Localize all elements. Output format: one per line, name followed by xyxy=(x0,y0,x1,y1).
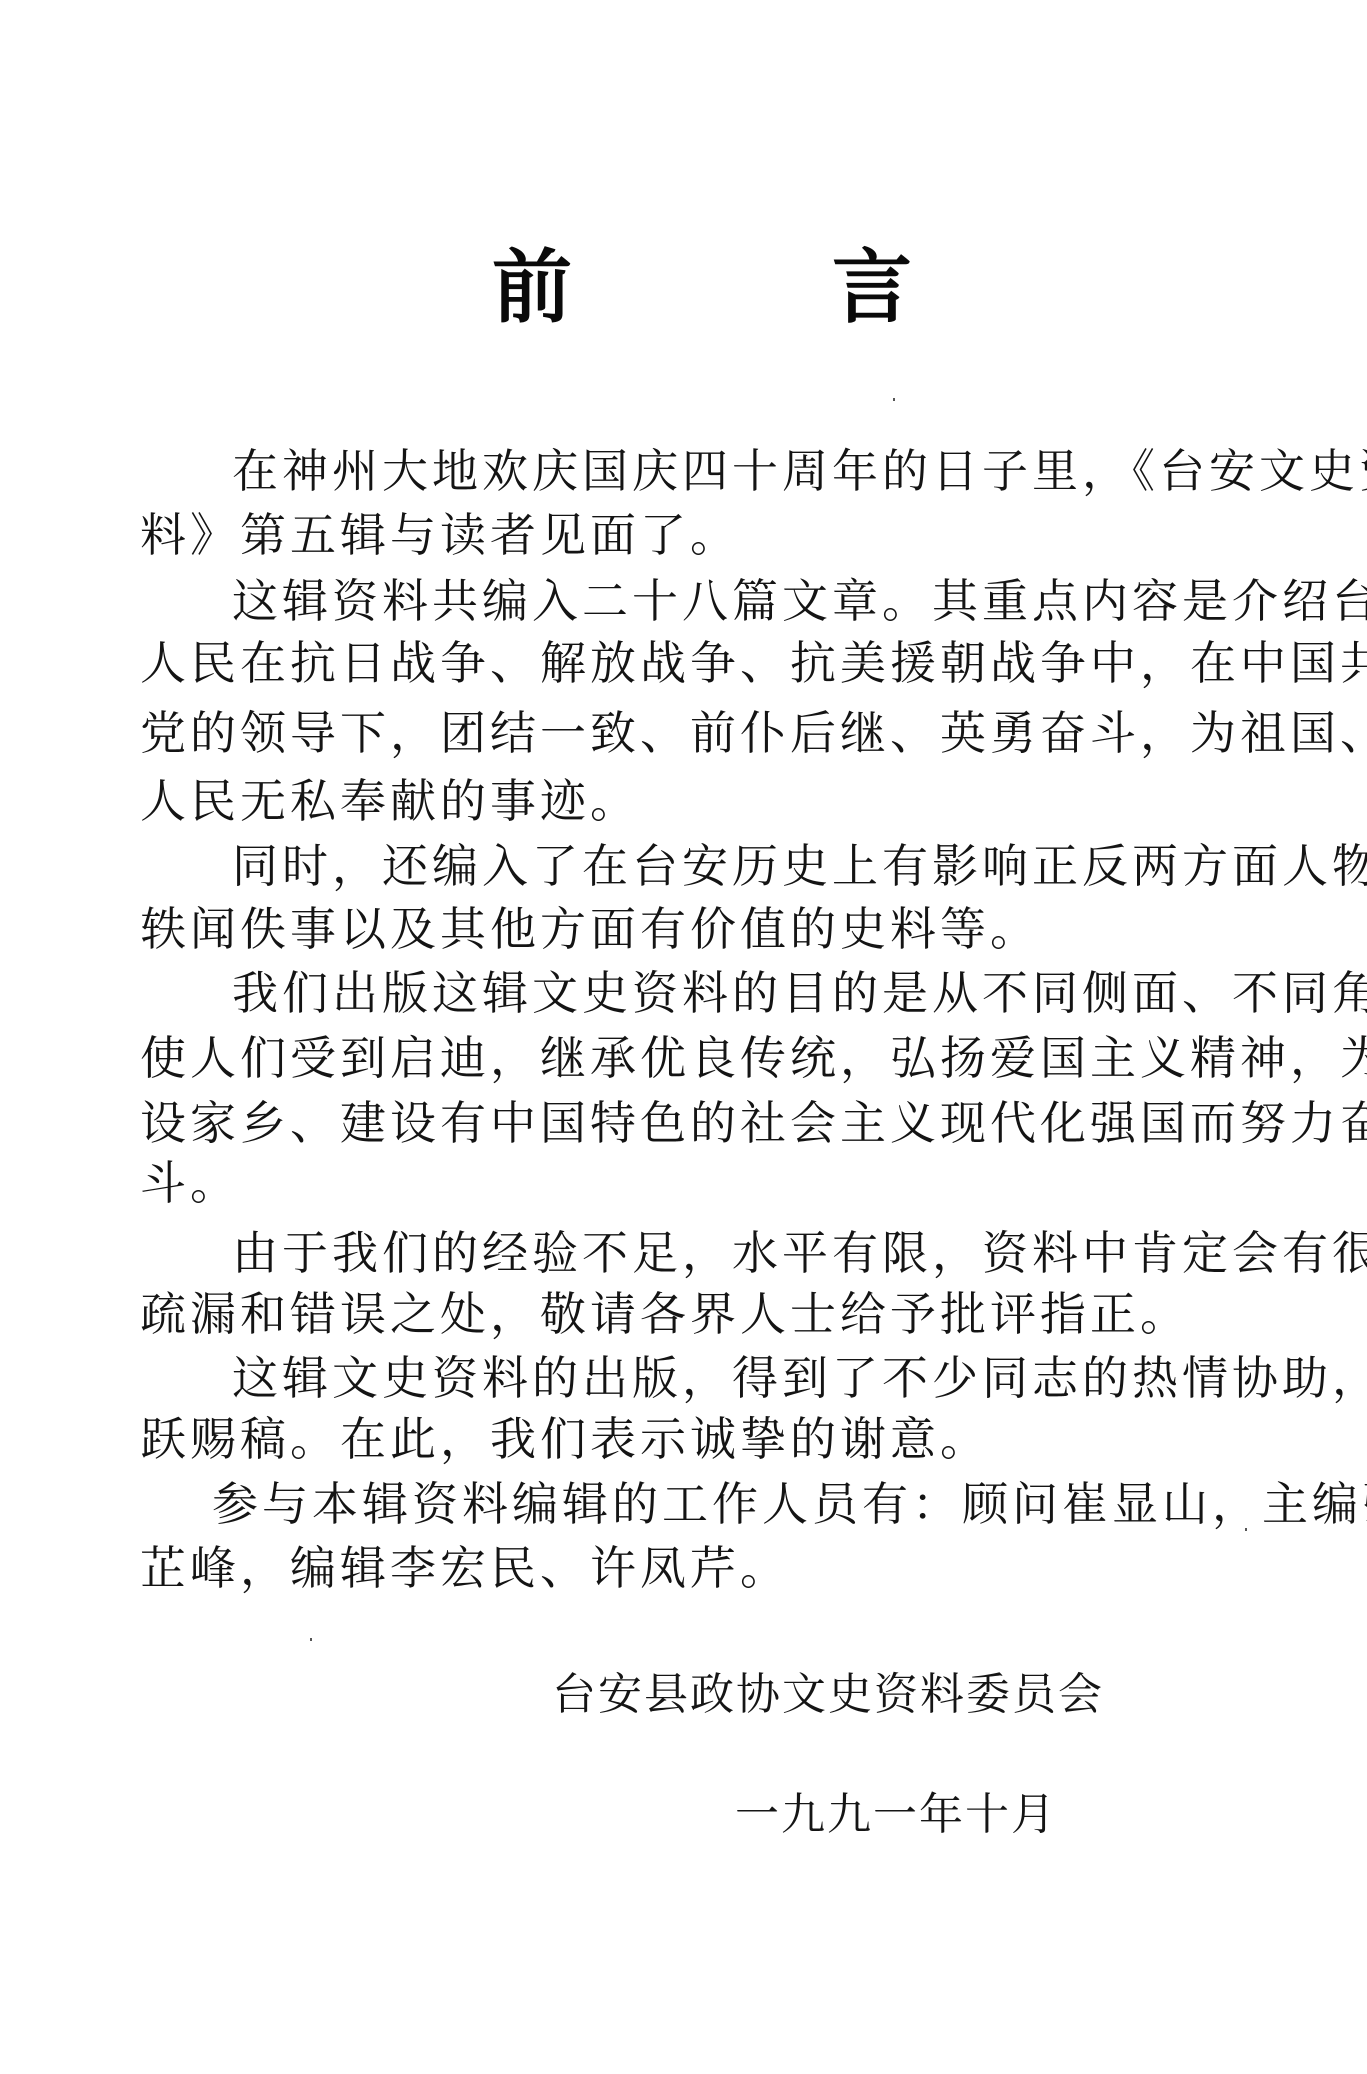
title-char-2: 言 xyxy=(832,240,912,335)
paragraph-2-line-4: 人民无私奉献的事迹。 xyxy=(140,770,640,832)
scan-speck xyxy=(310,1638,312,1641)
scan-speck xyxy=(893,398,895,401)
paragraph-7-line-1: 参与本辑资料编辑的工作人员有：顾问崔显山，主编张 xyxy=(212,1473,1240,1535)
paragraph-5-line-1: 由于我们的经验不足，水平有限，资料中肯定会有很多 xyxy=(232,1222,1240,1284)
paragraph-3-line-2: 轶闻佚事以及其他方面有价值的史料等。 xyxy=(140,898,1040,960)
paragraph-4-line-1: 我们出版这辑文史资料的目的是从不同侧面、不同角度 xyxy=(232,962,1240,1024)
paragraph-4-line-3: 设家乡、建设有中国特色的社会主义现代化强国而努力奋 xyxy=(140,1092,1240,1154)
title-char-1: 前 xyxy=(492,240,572,335)
paragraph-6-line-2: 跃赐稿。在此，我们表示诚挚的谢意。 xyxy=(140,1408,990,1470)
paragraph-2-line-3: 党的领导下，团结一致、前仆后继、英勇奋斗，为祖国、为 xyxy=(140,702,1240,764)
page-title: 前 言 xyxy=(0,240,1367,335)
paragraph-2-line-1: 这辑资料共编入二十八篇文章。其重点内容是介绍台安 xyxy=(232,570,1240,632)
paragraph-4-line-2: 使人们受到启迪，继承优良传统，弘扬爱国主义精神，为建 xyxy=(140,1027,1240,1089)
paragraph-1-line-1: 在神州大地欢庆国庆四十周年的日子里，《台安文史资 xyxy=(232,440,1240,502)
paragraph-1-line-2: 料》第五辑与读者见面了。 xyxy=(140,504,740,566)
paragraph-2-line-2: 人民在抗日战争、解放战争、抗美援朝战争中，在中国共产 xyxy=(140,632,1240,694)
paragraph-5-line-2: 疏漏和错误之处，敬请各界人士给予批评指正。 xyxy=(140,1283,1190,1345)
paragraph-6-line-1: 这辑文史资料的出版，得到了不少同志的热情协助，踊 xyxy=(232,1347,1240,1409)
scan-speck xyxy=(1245,1528,1247,1531)
paragraph-4-line-4: 斗。 xyxy=(140,1152,240,1214)
paragraph-3-line-1: 同时，还编入了在台安历史上有影响正反两方面人物的 xyxy=(232,835,1240,897)
paragraph-7-line-2: 芷峰，编辑李宏民、许凤芹。 xyxy=(140,1537,790,1599)
signature-date: 一九九一年十月 xyxy=(735,1785,1057,1845)
document-page: 前 言 在神州大地欢庆国庆四十周年的日子里，《台安文史资 料》第五辑与读者见面了… xyxy=(0,0,1367,2074)
signature-organization: 台安县政协文史资料委员会 xyxy=(552,1665,1104,1725)
